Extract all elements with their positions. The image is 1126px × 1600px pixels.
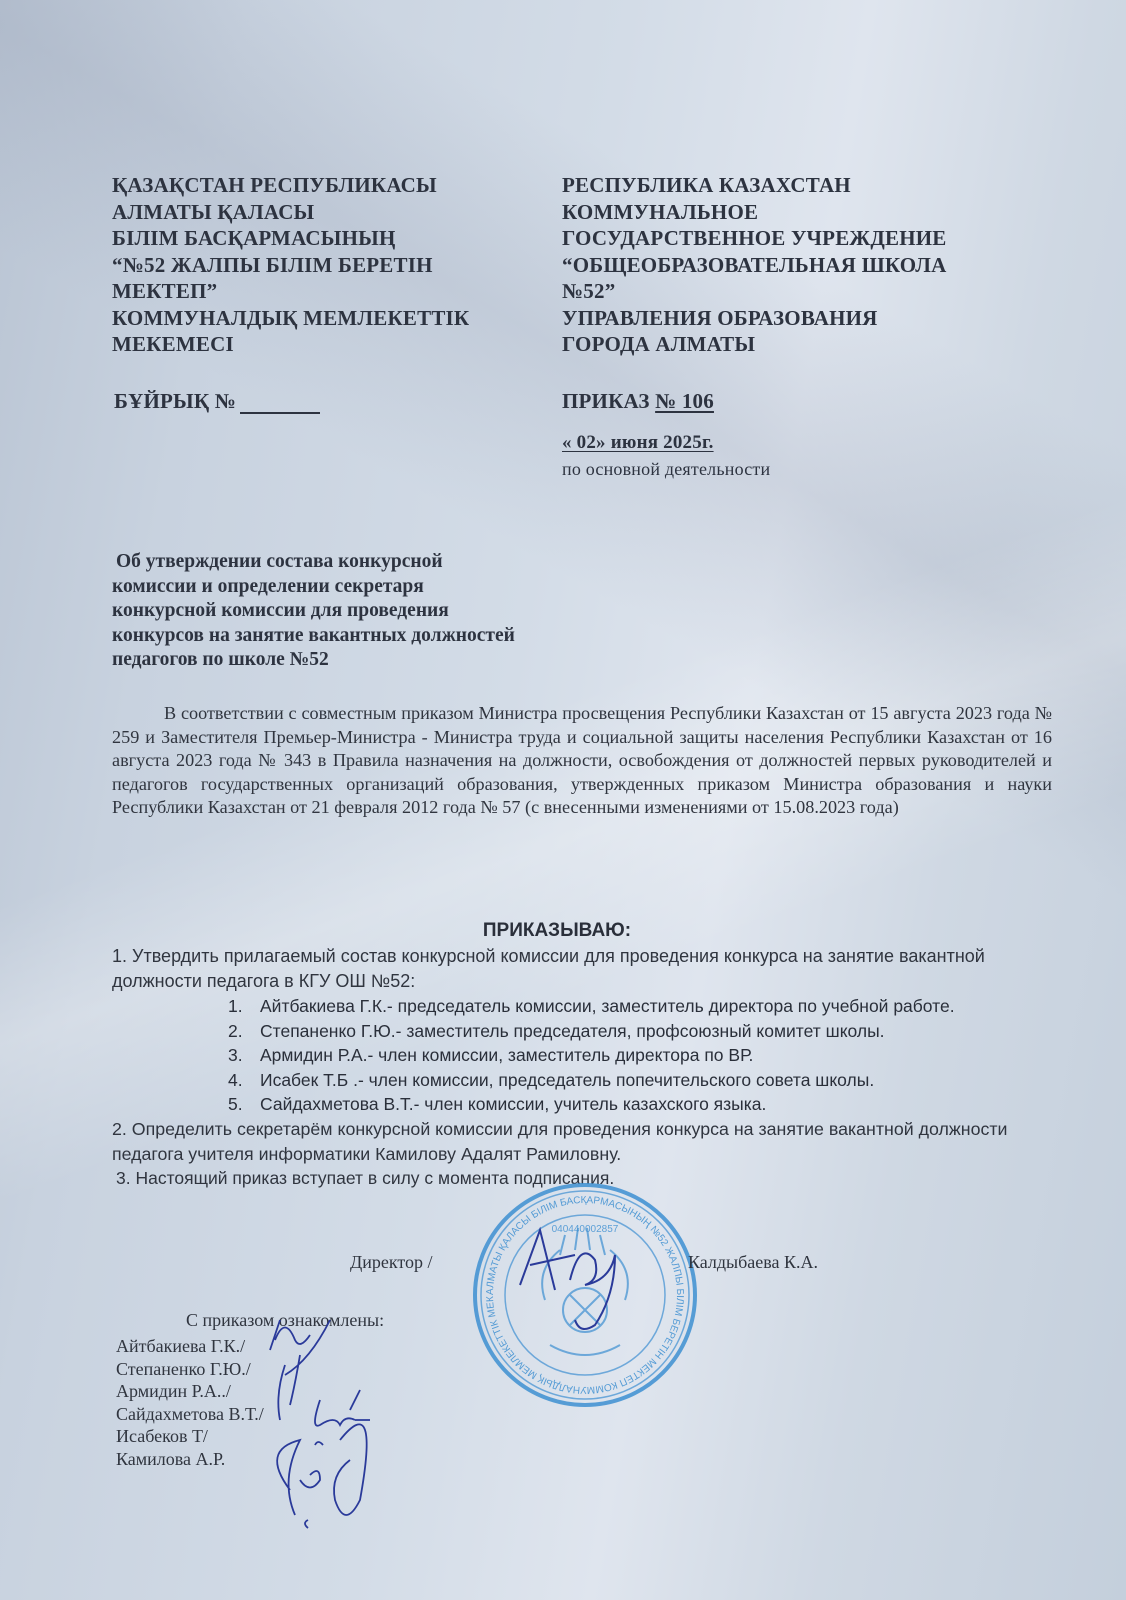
subject-line: педагогов по школе №52: [112, 648, 515, 673]
director-name: Калдыбаева К.А.: [688, 1252, 818, 1273]
order-number: № 106: [655, 389, 714, 413]
order-heading: ПРИКАЗЫВАЮ:: [112, 920, 1002, 942]
header-left-line: БІЛІМ БАСҚАРМАСЫНЫҢ: [112, 225, 469, 252]
header-left: ҚАЗАҚСТАН РЕСПУБЛИКАСЫ АЛМАТЫ ҚАЛАСЫ БІЛ…: [112, 172, 469, 414]
order-number-blank: [240, 394, 320, 414]
header-right-line: “ОБЩЕОБРАЗОВАТЕЛЬНАЯ ШКОЛА: [562, 252, 947, 279]
header-right-line: КОММУНАЛЬНОЕ: [562, 199, 947, 226]
order-date: « 02» июня 2025г.: [562, 430, 947, 457]
subject-line: Об утверждении состава конкурсной: [112, 550, 515, 575]
commission-member: 1.Айтбакиева Г.К.- председатель комиссии…: [228, 994, 955, 1019]
header-left-line: МЕКТЕП”: [112, 278, 469, 305]
preamble: В соответствии с совместным приказом Мин…: [112, 702, 1052, 820]
commission-member: 3.Армидин Р.А.- член комиссии, заместите…: [228, 1043, 955, 1068]
order-item-1: 1. Утвердить прилагаемый состав конкурсн…: [112, 944, 1042, 993]
director-label: Директор /: [350, 1252, 433, 1273]
header-right-line: УПРАВЛЕНИЯ ОБРАЗОВАНИЯ: [562, 305, 947, 332]
director-signature: [500, 1210, 660, 1320]
header-right-line: РЕСПУБЛИКА КАЗАХСТАН: [562, 172, 947, 199]
order-subject: Об утверждении состава конкурсной комисс…: [112, 550, 515, 673]
header-left-line: АЛМАТЫ ҚАЛАСЫ: [112, 199, 469, 226]
header-left-line: МЕКЕМЕСІ: [112, 331, 469, 358]
subject-line: комиссии и определении секретаря: [112, 575, 515, 600]
header-right-line: ГОРОДА АЛМАТЫ: [562, 331, 947, 358]
header-left-line: КОММУНАЛДЫҚ МЕМЛЕКЕТТІК: [112, 305, 469, 332]
header-right-line: ГОСУДАРСТВЕННОЕ УЧРЕЖДЕНИЕ: [562, 225, 947, 252]
header-left-line: “№52 ЖАЛПЫ БІЛІМ БЕРЕТІН: [112, 252, 469, 279]
header-right: РЕСПУБЛИКА КАЗАХСТАН КОММУНАЛЬНОЕ ГОСУДА…: [562, 172, 947, 481]
activity-type: по основной деятельности: [562, 457, 947, 481]
header-left-line: ҚАЗАҚСТАН РЕСПУБЛИКАСЫ: [112, 172, 469, 199]
commission-member: 4.Исабек Т.Б .- член комиссии, председат…: [228, 1068, 955, 1093]
acknowledgement-signatures: [220, 1300, 440, 1560]
commission-member: 5.Сайдахметова В.Т.- член комиссии, учит…: [228, 1092, 955, 1117]
order-label-kz: БҰЙРЫҚ №: [114, 389, 236, 413]
header-right-line: №52”: [562, 278, 947, 305]
commission-member: 2.Степаненко Г.Ю.- заместитель председат…: [228, 1019, 955, 1044]
order-item-2: 2. Определить секретарём конкурсной коми…: [112, 1117, 1027, 1166]
order-number-ru: ПРИКАЗ № 106: [562, 388, 947, 415]
order-label-ru: ПРИКАЗ: [562, 389, 650, 413]
commission-list: 1.Айтбакиева Г.К.- председатель комиссии…: [228, 994, 955, 1117]
subject-line: конкурсов на занятие вакантных должносте…: [112, 624, 515, 649]
subject-line: конкурсной комиссии для проведения: [112, 599, 515, 624]
order-number-kz: БҰЙРЫҚ №: [112, 388, 469, 415]
